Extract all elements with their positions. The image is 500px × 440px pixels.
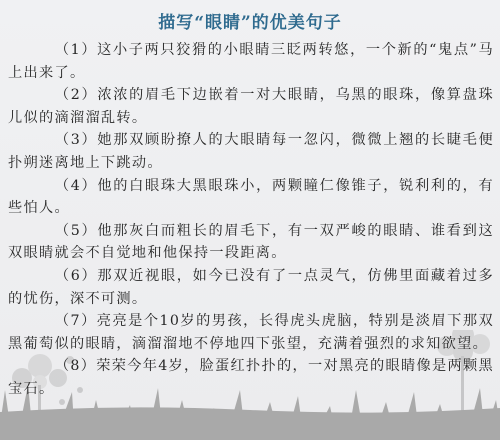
sentence-list: （1）这小子两只狡猾的小眼睛三眨两转悠，一个新的“鬼点”马上出来了。 （2）浓浓…: [8, 39, 494, 401]
sentence-8: （8）荣荣今年4岁，脸蛋红扑扑的，一对黑亮的眼睛像是两颗黑宝石。: [8, 355, 494, 400]
sentence-3: （3）她那双顾盼撩人的大眼睛每一忽闪，微微上翘的长睫毛便扑朔迷离地上下跳动。: [8, 129, 494, 174]
document-page: 描写“眼睛”的优美句子 （1）这小子两只狡猾的小眼睛三眨两转悠，一个新的“鬼点”…: [0, 0, 500, 440]
sentence-6: （6）那双近视眼，如今已没有了一点灵气，仿佛里面藏着过多的忧伤，深不可测。: [8, 265, 494, 310]
ground-band: [0, 407, 500, 440]
sentence-2: （2）浓浓的眉毛下边嵌着一对大眼睛，乌黑的眼珠，像算盘珠儿似的滴溜溜乱转。: [8, 84, 494, 129]
sentence-7: （7）亮亮是个10岁的男孩，长得虎头虎脑，特别是淡眉下那双黑葡萄似的眼睛，滴溜溜…: [8, 310, 494, 355]
page-title: 描写“眼睛”的优美句子: [0, 8, 500, 33]
sentence-1: （1）这小子两只狡猾的小眼睛三眨两转悠，一个新的“鬼点”马上出来了。: [8, 39, 494, 84]
sentence-4: （4）他的白眼珠大黑眼珠小，两颗瞳仁像锥子，锐利利的，有些怕人。: [8, 175, 494, 220]
sentence-5: （5）他那灰白而粗长的眉毛下，有一双严峻的眼睛、谁看到这双眼睛就会不自觉地和他保…: [8, 220, 494, 265]
